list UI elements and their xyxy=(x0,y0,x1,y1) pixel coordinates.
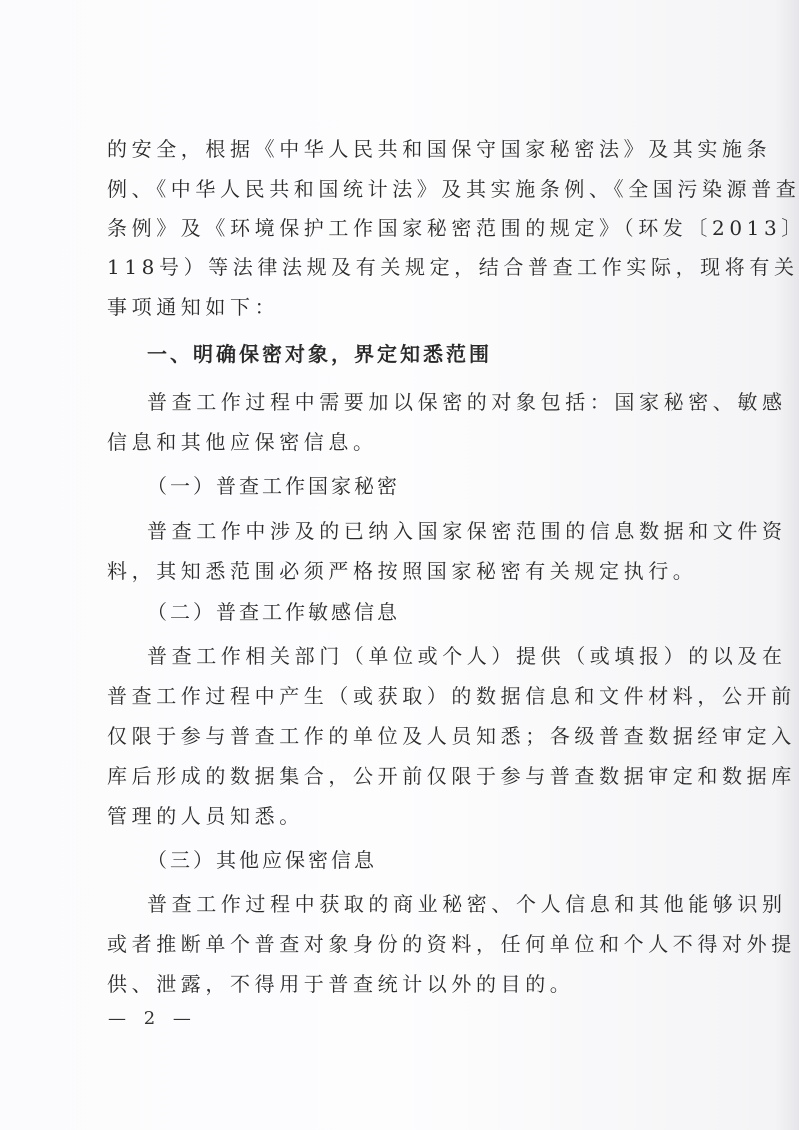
body-line-3: 条例》及《环境保护工作国家秘密范围的规定》（环发〔2013〕 xyxy=(107,209,799,248)
page-number: — 2 — xyxy=(108,1008,197,1029)
body-line-9: 料，其知悉范围必须严格按照国家秘密有关规定执行。 xyxy=(107,552,697,591)
body-line-2: 例、《中华人民共和国统计法》及其实施条例、《全国污染源普查 xyxy=(107,170,799,209)
body-line-1: 的安全，根据《中华人民共和国保守国家秘密法》及其实施条 xyxy=(107,130,771,169)
body-line-15: 普查工作过程中获取的商业秘密、个人信息和其他能够识别 xyxy=(147,885,787,924)
subsection-heading-2: （二）普查工作敏感信息 xyxy=(147,593,400,632)
body-line-11: 普查工作过程中产生（或获取）的数据信息和文件材料，公开前 xyxy=(107,677,796,716)
body-line-5: 事项通知如下： xyxy=(107,288,279,327)
body-line-12: 仅限于参与普查工作的单位及人员知悉；各级普查数据经审定入 xyxy=(107,717,796,756)
body-line-6: 普查工作过程中需要加以保密的对象包括：国家秘密、敏感 xyxy=(147,383,787,422)
body-line-16: 或者推断单个普查对象身份的资料，任何单位和个人不得对外提 xyxy=(107,925,796,964)
section-heading-1: 一、明确保密对象，界定知悉范围 xyxy=(147,335,492,374)
body-line-8: 普查工作中涉及的已纳入国家保密范围的信息数据和文件资 xyxy=(147,512,787,551)
body-line-14: 管理的人员知悉。 xyxy=(107,797,304,836)
body-line-13: 库后形成的数据集合，公开前仅限于参与普查数据审定和数据库 xyxy=(107,757,796,796)
subsection-heading-3: （三）其他应保密信息 xyxy=(147,841,377,880)
body-line-7: 信息和其他应保密信息。 xyxy=(107,423,378,462)
document-page: 的安全，根据《中华人民共和国保守国家秘密法》及其实施条 例、《中华人民共和国统计… xyxy=(0,0,799,1130)
body-line-4: 118号）等法律法规及有关规定，结合普查工作实际，现将有关 xyxy=(107,248,799,287)
body-line-10: 普查工作相关部门（单位或个人）提供（或填报）的以及在 xyxy=(147,637,787,676)
body-line-17: 供、泄露，不得用于普查统计以外的目的。 xyxy=(107,965,574,1004)
subsection-heading-1: （一）普查工作国家秘密 xyxy=(147,467,400,506)
